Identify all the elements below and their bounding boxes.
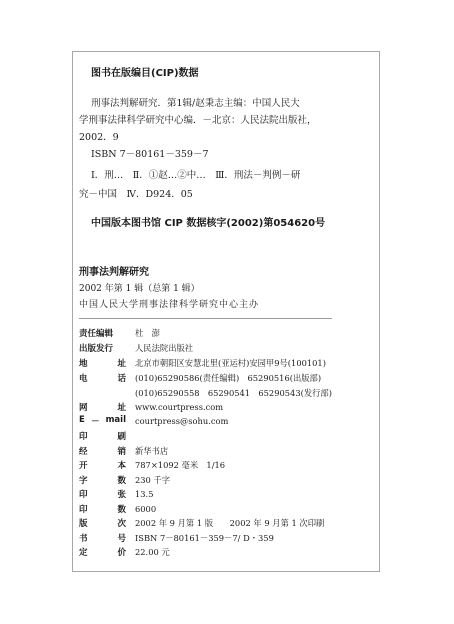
cip-record-number: 中国版本图书馆 CIP 数据核字(2002)第054620号	[91, 218, 325, 230]
book-sponsor: 中国人民大学刑事法律科学研究中心主办	[79, 299, 259, 311]
colophon-label-part: 价	[117, 546, 126, 558]
colophon-row: 版次2002 年 9 月第 1 版 2002 年 9 月第 1 次印刷	[79, 516, 324, 529]
colophon-row: 地址北京市朝阳区安慧北里(亚运村)安园甲9号(100101)	[79, 356, 326, 369]
colophon-label: 印张	[79, 488, 126, 500]
colophon-label: E－mail	[79, 415, 126, 427]
colophon-value: 787×1092 毫米 1/16	[135, 459, 225, 471]
colophon-value: 新华书店	[135, 445, 168, 457]
cip-classification-line: 究－中国 Ⅳ．D924．05	[79, 189, 193, 201]
colophon-label-part: 数	[117, 503, 126, 515]
colophon-label: 版次	[79, 517, 126, 529]
colophon-label-part: 印	[79, 430, 88, 442]
colophon-label-part: 次	[117, 517, 126, 529]
colophon-label-part: 址	[117, 357, 126, 369]
cip-classification-line: Ⅰ．刑… Ⅱ．①赵…②中… Ⅲ．刑法－判例－研	[91, 170, 300, 182]
colophon-row: 字数230 千字	[79, 473, 170, 486]
colophon-label-part: 销	[117, 445, 126, 457]
colophon-value: (010)65290558 65290541 65290543(发行部)	[135, 387, 332, 399]
colophon-label: 经销	[79, 445, 126, 457]
colophon-value: 人民法院出版社	[135, 342, 193, 354]
colophon-label-part: 刷	[117, 430, 126, 442]
colophon-label: 地址	[79, 357, 126, 369]
colophon-label: 字数	[79, 474, 126, 486]
cip-text-line: 刑事法判解研究．第1辑/赵秉志主编：中国人民大	[91, 98, 300, 110]
colophon-label-part: E	[79, 415, 85, 427]
colophon-row: 开本787×1092 毫米 1/16	[79, 458, 225, 471]
section-divider	[79, 318, 332, 319]
colophon-label: 印刷	[79, 430, 126, 442]
colophon-row: 印张13.5	[79, 487, 153, 500]
colophon-label-part: 号	[117, 532, 126, 544]
colophon-row: 网址www.courtpress.com	[79, 400, 223, 413]
colophon-row: 责任编辑杜 澎	[79, 326, 160, 339]
colophon-label-part: 数	[117, 474, 126, 486]
colophon-row: 出版发行人民法院出版社	[79, 341, 193, 354]
colophon-value: ISBN 7－80161－359－7/ D・359	[135, 532, 274, 544]
colophon-label-part: mail	[106, 415, 126, 427]
colophon-value: www.courtpress.com	[135, 402, 223, 412]
colophon-label-part: 址	[117, 401, 126, 413]
colophon-label: 电话	[79, 372, 126, 384]
colophon-label-part: 开	[79, 459, 88, 471]
colophon-label-part: 印	[79, 488, 88, 500]
colophon-label-part: 话	[117, 372, 126, 384]
colophon-label: 定价	[79, 546, 126, 558]
cip-heading: 图书在版编目(CIP)数据	[91, 68, 199, 80]
colophon-row: 定价22.00 元	[79, 545, 170, 558]
colophon-label-part: 出版发行	[79, 342, 113, 354]
colophon-value: 2002 年 9 月第 1 版 2002 年 9 月第 1 次印刷	[135, 517, 324, 529]
cip-text-line: 学刑事法律科学研究中心编．－北京：人民法院出版社，	[79, 115, 317, 127]
colophon-label-part: 版	[79, 517, 88, 529]
colophon-label-part: 电	[79, 372, 88, 384]
book-issue: 2002 年第 1 辑（总第 1 辑）	[79, 283, 200, 295]
colophon-label-part: －	[91, 415, 100, 427]
colophon-label-part: 地	[79, 357, 88, 369]
colophon-label-part: 责任编辑	[79, 327, 113, 339]
cip-isbn: ISBN 7－80161－359－7	[91, 149, 209, 161]
colophon-label-part: 印	[79, 503, 88, 515]
colophon-label: 出版发行	[79, 342, 126, 354]
colophon-row: 电话(010)65290586(责任编辑) 65290516(出版部)	[79, 371, 321, 384]
colophon-row: 印刷	[79, 429, 135, 442]
colophon-label-part: 书	[79, 532, 88, 544]
colophon-label-part: 本	[117, 459, 126, 471]
colophon-label-part: 经	[79, 445, 88, 457]
colophon-label: 开本	[79, 459, 126, 471]
colophon-label: 责任编辑	[79, 327, 126, 339]
colophon-label-part: 张	[117, 488, 126, 500]
colophon-value: 22.00 元	[135, 546, 170, 558]
colophon-value: 杜 澎	[135, 327, 160, 339]
colophon-value: 13.5	[135, 489, 153, 499]
colophon-value: 6000	[135, 504, 156, 514]
colophon-value: (010)65290586(责任编辑) 65290516(出版部)	[135, 372, 321, 384]
colophon-row: (010)65290558 65290541 65290543(发行部)	[79, 386, 332, 399]
colophon-label: 印数	[79, 503, 126, 515]
colophon-row: 经销新华书店	[79, 444, 168, 457]
colophon-label: 书号	[79, 532, 126, 544]
colophon-row: E－mailcourtpress@sohu.com	[79, 414, 228, 427]
colophon-label: 网址	[79, 401, 126, 413]
colophon-value: 北京市朝阳区安慧北里(亚运村)安园甲9号(100101)	[135, 357, 326, 369]
book-title: 刑事法判解研究	[79, 267, 149, 279]
colophon-label-part: 定	[79, 546, 88, 558]
cip-text-line: 2002．9	[79, 132, 119, 144]
colophon-row: 印数6000	[79, 502, 156, 515]
colophon-value: courtpress@sohu.com	[135, 416, 228, 426]
colophon-label-part: 网	[79, 401, 88, 413]
colophon-label-part: 字	[79, 474, 88, 486]
colophon-value: 230 千字	[135, 474, 170, 486]
colophon-row: 书号ISBN 7－80161－359－7/ D・359	[79, 531, 274, 544]
